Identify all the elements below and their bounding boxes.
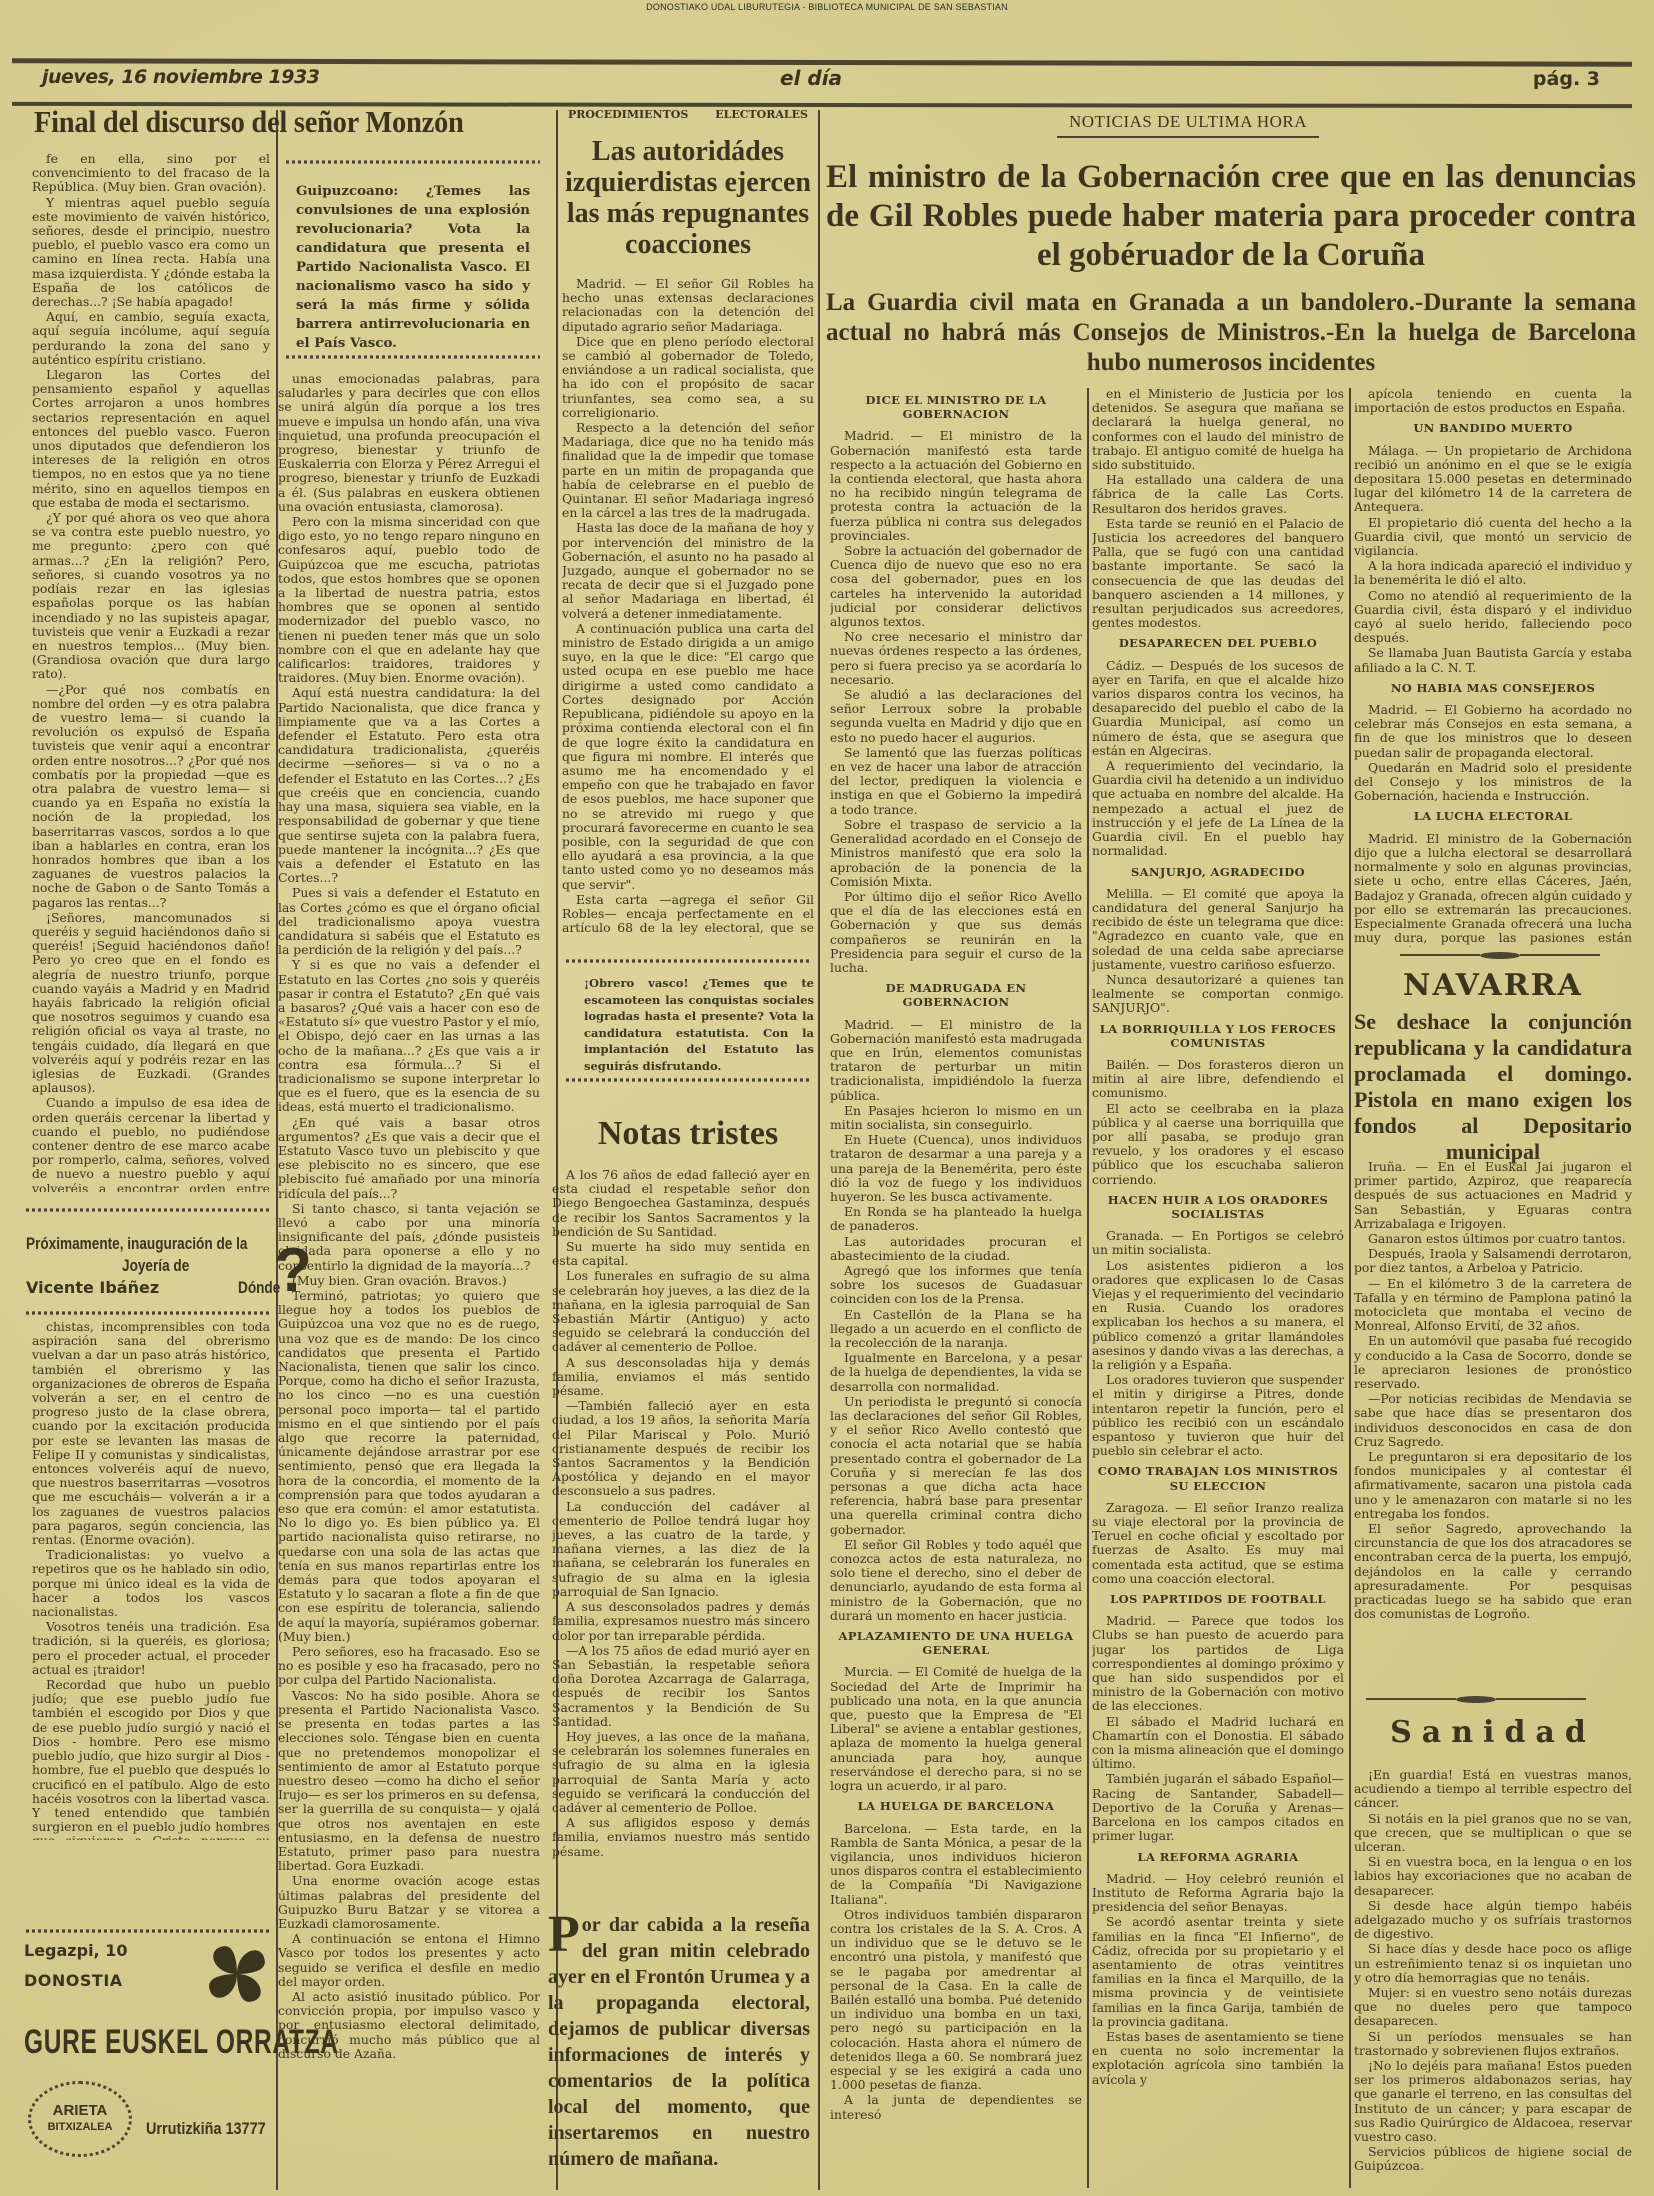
paragraph: Las autoridades procuran el abastecimien… — [830, 1235, 1082, 1263]
paragraph: Llegaron las Cortes del pensamiento espa… — [32, 368, 270, 510]
paragraph: Igualmente en Barcelona, y a pesar de la… — [830, 1351, 1082, 1394]
newspaper-name: el día — [780, 66, 842, 90]
seal-top-text: ARIETA — [53, 2103, 108, 2119]
wavy-divider — [566, 1076, 810, 1084]
article-autoridades-body: Madrid. — El señor Gil Robles ha hecho u… — [562, 277, 814, 937]
paragraph: Ha estallado una caldera de una fábrica … — [1092, 473, 1344, 516]
paragraph: Y mientras aquel pueblo seguía este movi… — [32, 196, 270, 310]
section-kicker-navarra: NAVARRA — [1354, 968, 1632, 1003]
paragraph: Terminó, patriotas; yo quiero que llegue… — [278, 1289, 540, 1644]
paragraph: ¿En qué vais a basar otros argumentos? ¿… — [278, 1116, 540, 1201]
paragraph: Tradicionalistas: yo vuelvo a repetiros … — [32, 1548, 270, 1619]
paragraph: Vascos: No ha sido posible. Ahora se pre… — [278, 1689, 540, 1874]
wavy-divider — [26, 1206, 272, 1214]
paragraph: El señor Sagredo, aprovechando la circun… — [1354, 1522, 1632, 1621]
paragraph: Madrid. — El ministro de la Gobernación … — [830, 429, 1082, 543]
paragraph: ¡No lo dejéis para mañana! Estos pueden … — [1354, 2059, 1632, 2144]
paragraph: Los funerales en sufragio de su alma se … — [552, 1269, 810, 1354]
paragraph: Después, Iraola y Salsamendi derrotaron,… — [1354, 1247, 1632, 1275]
kicker-right: ELECTORALES — [715, 108, 808, 121]
archive-credit: DONOSTIAKO UDAL LIBURUTEGIA - BIBLIOTECA… — [0, 2, 1654, 12]
paragraph: En Castellón de la Plana se ha llegado a… — [830, 1308, 1082, 1351]
paragraph: El sábado el Madrid luchará en Chamartín… — [1092, 1715, 1344, 1772]
wavy-divider — [286, 353, 540, 361]
paragraph: Madrid. — El Gobierno ha acordado no cel… — [1354, 703, 1632, 760]
paragraph: Si desde hace algún tiempo habéis adelga… — [1354, 1899, 1632, 1942]
paragraph: —También falleció ayer en esta ciudad, a… — [552, 1399, 810, 1498]
paragraph: Madrid. — Parece que todos los Clubs se … — [1092, 1614, 1344, 1713]
ad-joyeria-line2: Joyería de — [122, 1256, 189, 1276]
seal-bottom-text: BITXIZALEA — [48, 2119, 113, 2135]
paragraph: —Por noticias recibidas de Mendavia se s… — [1354, 1392, 1632, 1449]
paragraph: Esta tarde se reunió en el Palacio de Ju… — [1092, 517, 1344, 631]
paragraph: en el Ministerio de Justicia por los det… — [1092, 387, 1344, 472]
column-divider — [1087, 388, 1089, 2188]
paragraph: Si tanto chasco, si tanta vejación se ll… — [278, 1202, 540, 1273]
paragraph: A sus desconsolados padres y demás famil… — [552, 1600, 810, 1643]
section-subhead: LA LUCHA ELECTORAL — [1354, 809, 1632, 823]
headline-navarra: Se deshace la conjunción republicana y l… — [1354, 1009, 1632, 1165]
paragraph: (Muy bien. Gran ovación. Bravos.) — [278, 1274, 540, 1288]
article-monzon-continued: chistas, incomprensibles con toda aspira… — [32, 1320, 270, 1840]
paragraph: Sobre la actuación del gobernador de Cue… — [830, 544, 1082, 629]
paragraph: A sus afligidos esposo y demás familia, … — [552, 1816, 810, 1859]
paragraph: Barcelona. — Esta tarde, en la Rambla de… — [830, 1822, 1082, 1907]
paragraph: Si hace días y desde hace poco os aflige… — [1354, 1942, 1632, 1985]
paragraph: Su muerte ha sido muy sentida en esta ca… — [552, 1240, 810, 1268]
paragraph: Se lamentó que las fuerzas políticas en … — [830, 746, 1082, 817]
paragraph: Se llamaba Juan Bautista García y estaba… — [1354, 646, 1632, 674]
masthead: jueves, 16 noviembre 1933 el día pág. 3 — [20, 66, 1630, 100]
article-monzon-col2: unas emocionadas palabras, para saludarl… — [278, 372, 540, 2182]
ad-city: DONOSTIA — [24, 1971, 123, 1990]
paragraph: Servicios públicos de higiene social de … — [1354, 2145, 1632, 2173]
paragraph: A la hora indicada apareció el individuo… — [1354, 559, 1632, 587]
paragraph: ¿Y por qué ahora os veo que ahora se va … — [32, 511, 270, 681]
section-subhead: COMO TRABAJAN LOS MINISTROS SU ELECCION — [1092, 1464, 1344, 1492]
section-subhead: LA HUELGA DE BARCELONA — [830, 1799, 1082, 1813]
paragraph: Zaragoza. — El señor Iranzo realiza su v… — [1092, 1501, 1344, 1586]
section-subhead: UN BANDIDO MUERTO — [1354, 421, 1632, 435]
paragraph: En un automóvil que pasaba fué recogido … — [1354, 1334, 1632, 1391]
paragraph: Si notáis en la piel granos que no se va… — [1354, 1812, 1632, 1855]
kicker-left: PROCEDIMIENTOS — [568, 108, 688, 121]
paragraph: Madrid. El ministro de la Gobernación di… — [1354, 832, 1632, 947]
paragraph: Quedarán en Madrid solo el presidente de… — [1354, 761, 1632, 804]
section-subhead: DESAPARECEN DEL PUEBLO — [1092, 636, 1344, 650]
paragraph: Cádiz. — Después de los sucesos de ayer … — [1092, 659, 1344, 758]
paragraph: A continuación se entona el Himno Vasco … — [278, 1932, 540, 1989]
paragraph: Aquí está nuestra candidatura: la del Pa… — [278, 686, 540, 885]
campaign-box-text: Guipuzcoano: ¿Temes las convulsiones de … — [282, 182, 544, 353]
news-column-5: en el Ministerio de Justicia por los det… — [1092, 387, 1344, 2187]
paragraph: ¡En guardia! Está en vuestras manos, acu… — [1354, 1768, 1632, 1811]
paragraph: Nunca desautorizaré a quienes tan lealme… — [1092, 973, 1344, 1016]
campaign-box-text: ¡Obrero vasco! ¿Temes que te escamoteen … — [562, 975, 814, 1074]
paragraph: Hasta las doce de la mañana de hoy y por… — [562, 521, 814, 620]
section-subhead: DICE EL MINISTRO DE LA GOBERNACION — [830, 393, 1082, 421]
paragraph: A requerimiento del vecindario, la Guard… — [1092, 759, 1344, 858]
paragraph: Aquí, en cambio, seguía exacta, aquí seg… — [32, 310, 270, 367]
column-divider — [818, 110, 820, 2190]
section-subhead: APLAZAMIENTO DE UNA HUELGA GENERAL — [830, 1629, 1082, 1657]
paragraph: — En el kilómetro 3 de la carretera de T… — [1354, 1277, 1632, 1334]
paragraph: apícola teniendo en cuenta la importació… — [1354, 387, 1632, 415]
paragraph: Bailén. — Dos forasteros dieron un mitin… — [1092, 1058, 1344, 1101]
lauburu-icon — [198, 1935, 276, 2013]
obituaries-body: A los 76 años de edad falleció ayer en e… — [552, 1168, 810, 1868]
ornament-divider — [1400, 950, 1600, 960]
paragraph: Al acto asistió inusitado público. Por c… — [278, 1990, 540, 2061]
wavy-divider — [26, 1927, 272, 1935]
ad-joyeria-line1: Próximamente, inauguración de la — [26, 1234, 247, 1254]
section-kicker-ultima-hora: NOTICIAS DE ULTIMA HORA — [1057, 112, 1319, 138]
paragraph: Los asistentes pidieron a los oradores q… — [1092, 1259, 1344, 1373]
article-monzon-body: fe en ella, sino por el convencimiento t… — [32, 152, 270, 1192]
paragraph: Se aludió a las declaraciones del señor … — [830, 688, 1082, 745]
ad-phone: Urrutizkiña 13777 — [146, 2119, 266, 2139]
section-subhead: LOS PAPRTIDOS DE FOOTBALL — [1092, 1592, 1344, 1606]
ad-gure-euskel-orratza: Legazpi, 10 DONOSTIA GURE EUSKEL ORRATZA… — [22, 1935, 276, 2185]
paragraph: Si en vuestra boca, en la lengua o en lo… — [1354, 1855, 1632, 1898]
section-subhead: NO HABIA MAS CONSEJEROS — [1354, 681, 1632, 695]
paragraph: Hoy jueves, a las once de la mañana, se … — [552, 1730, 810, 1815]
wavy-divider — [286, 158, 540, 166]
campaign-box-obrero: ¡Obrero vasco! ¿Temes que te escamoteen … — [562, 975, 814, 1070]
section-navarra: NAVARRA Se deshace la conjunción republi… — [1354, 968, 1632, 1165]
paragraph: Pues si vais a defender el Estatuto en l… — [278, 886, 540, 957]
article-title-autoridades: Las autoridádes izquierdistas ejercen la… — [562, 136, 814, 260]
headline-sub: La Guardia civil mata en Granada a un ba… — [826, 288, 1636, 378]
arieta-seal-logo: ARIETA BITXIZALEA — [28, 2081, 132, 2157]
paragraph: A los 76 años de edad falleció ayer en e… — [552, 1168, 810, 1239]
paragraph: fe en ella, sino por el convencimiento t… — [32, 152, 270, 195]
campaign-box-guipuzcoano: Guipuzcoano: ¿Temes las convulsiones de … — [282, 152, 544, 367]
article-title-monzon: Final del discurso del señor Monzón — [34, 104, 509, 140]
paragraph: A continuación publica una carta del min… — [562, 622, 814, 892]
paragraph: En Pasajes hcieron lo mismo en un mitin … — [830, 1104, 1082, 1132]
paragraph: Esta carta —agrega el señor Gil Robles— … — [562, 893, 814, 937]
wavy-divider — [26, 1309, 272, 1317]
paragraph: Una enorme ovación acoge estas últimas p… — [278, 1874, 540, 1931]
section-subhead: DE MADRUGADA EN GOBERNACION — [830, 981, 1082, 1009]
paragraph: En Huete (Cuenca), unos individuos trata… — [830, 1133, 1082, 1204]
wavy-divider — [566, 957, 810, 965]
section-title-notas-tristes: Notas tristes — [562, 1115, 814, 1153]
paragraph: Madrid. — El ministro de la Gobernación … — [830, 1018, 1082, 1103]
paragraph: Le preguntaron si era depositario de los… — [1354, 1450, 1632, 1521]
paragraph: Se acordó asentar treinta y siete famili… — [1092, 1915, 1344, 2029]
paragraph: Un periodista le preguntó si conocía las… — [830, 1395, 1082, 1537]
paragraph: Pero señores, eso ha fracasado. Eso se n… — [278, 1645, 540, 1688]
paragraph: Como no atendió al requerimiento de la G… — [1354, 589, 1632, 646]
section-subhead: SANJURJO, AGRADECIDO — [1092, 865, 1344, 879]
paragraph: Estas bases de asentamiento se tiene en … — [1092, 2030, 1344, 2087]
paragraph: También jugarán el sábado Español—Racing… — [1092, 1772, 1344, 1843]
news-column-6: apícola teniendo en cuenta la importació… — [1354, 387, 1632, 947]
paragraph: Madrid. — Hoy celebró reunión el Institu… — [1092, 1872, 1344, 1915]
paragraph: Los oradores tuvieron que suspender el m… — [1092, 1373, 1344, 1458]
paragraph: El señor Gil Robles y todo aquél que con… — [830, 1538, 1082, 1623]
section-subhead: LA REFORMA AGRARIA — [1092, 1850, 1344, 1864]
paragraph: Recordad que hubo un pueblo judío; que e… — [32, 1678, 270, 1840]
paragraph: Ganaron estos últimos por cuatro tantos. — [1354, 1232, 1632, 1246]
editorial-notice-text: or dar cabida a la reseña del gran mitin… — [548, 1914, 810, 2170]
paragraph: El propietario dió cuenta del hecho a la… — [1354, 516, 1632, 559]
paragraph: A sus desconsoladas hija y demás familia… — [552, 1356, 810, 1399]
editorial-notice: Por dar cabida a la reseña del gran miti… — [548, 1912, 810, 2172]
paragraph: Cuando a impulso de esa idea de orden qu… — [32, 1096, 270, 1192]
paragraph: Y si es que no vais a defender el Estatu… — [278, 958, 540, 1114]
ad-joyeria-name: Vicente Ibáñez — [26, 1278, 159, 1297]
ornament-divider — [1366, 1694, 1586, 1704]
section-kicker: PROCEDIMIENTOS ELECTORALES — [568, 108, 808, 121]
paragraph: Si un períodos mensuales se han trastorn… — [1354, 2030, 1632, 2058]
paragraph: Málaga. — Un propietario de Archidona re… — [1354, 444, 1632, 515]
paragraph: Iruña. — En el Euskal Jai jugaron el pri… — [1354, 1160, 1632, 1231]
headline-main: El ministro de la Gobernación cree que e… — [826, 158, 1636, 275]
ad-joyeria: Próximamente, inauguración de la Joyería… — [22, 1200, 276, 1315]
paragraph: Dice que en pleno período electoral se c… — [562, 335, 814, 420]
paragraph: Granada. — En Portigos se celebró un mit… — [1092, 1229, 1344, 1257]
paragraph: Respecto a la detención del señor Madari… — [562, 421, 814, 520]
ad-address: Legazpi, 10 — [24, 1941, 127, 1960]
column-divider — [556, 110, 558, 2190]
paragraph: unas emocionadas palabras, para saludarl… — [278, 372, 540, 514]
paragraph: —A los 75 años de edad murió ayer en San… — [552, 1644, 810, 1729]
paragraph: La conducción del cadáver al cementerio … — [552, 1500, 810, 1599]
paragraph: Sobre el traspaso de servicio a la Gener… — [830, 818, 1082, 889]
paragraph: Pero con la misma sinceridad con que dig… — [278, 515, 540, 685]
paragraph: El acto se ceelbraba en la plaza pública… — [1092, 1102, 1344, 1187]
page-number: pág. 3 — [1533, 68, 1600, 90]
paragraph: Otros individuos también dispararon cont… — [830, 1908, 1082, 2093]
paragraph: chistas, incomprensibles con toda aspira… — [32, 1320, 270, 1547]
paragraph: Por último dijo el señor Rico Avello que… — [830, 890, 1082, 975]
paragraph: A la junta de dependientes se interesó — [830, 2093, 1082, 2121]
article-navarra-body: Iruña. — En el Euskal Jai jugaron el pri… — [1354, 1160, 1632, 1630]
section-subhead: HACEN HUIR A LOS ORADORES SOCIALISTAS — [1092, 1193, 1344, 1221]
paragraph: Melilla. — El comité que apoya la candid… — [1092, 887, 1344, 972]
section-subhead: LA BORRIQUILLA Y LOS FEROCES COMUNISTAS — [1092, 1022, 1344, 1050]
drop-cap: P — [548, 1914, 580, 1956]
article-sanidad-body: ¡En guardia! Está en vuestras manos, acu… — [1354, 1768, 1632, 2188]
paragraph: ¡Señores, mancomunados si queréis y segu… — [32, 911, 270, 1096]
paragraph: Madrid. — El señor Gil Robles ha hecho u… — [562, 277, 814, 334]
paragraph: En Ronda se ha planteado la huelga de pa… — [830, 1205, 1082, 1233]
paragraph: Murcia. — El Comité de huelga de la Soci… — [830, 1665, 1082, 1793]
paragraph: —¿Por qué nos combatís en nombre del ord… — [32, 683, 270, 910]
column-divider — [1349, 388, 1351, 2188]
paragraph: Vosotros tenéis una tradición. Esa tradi… — [32, 1620, 270, 1677]
paragraph: Mujer: si en vuestro seno notáis durezas… — [1354, 1986, 1632, 2029]
news-column-4: DICE EL MINISTRO DE LA GOBERNACIONMadrid… — [830, 387, 1082, 2187]
issue-date: jueves, 16 noviembre 1933 — [42, 66, 319, 88]
paragraph: No cree necesario el ministro dar nuevas… — [830, 630, 1082, 687]
section-title-sanidad: Sanidad — [1354, 1715, 1632, 1750]
paragraph: Agregó que los informes que tenía sobre … — [830, 1264, 1082, 1307]
